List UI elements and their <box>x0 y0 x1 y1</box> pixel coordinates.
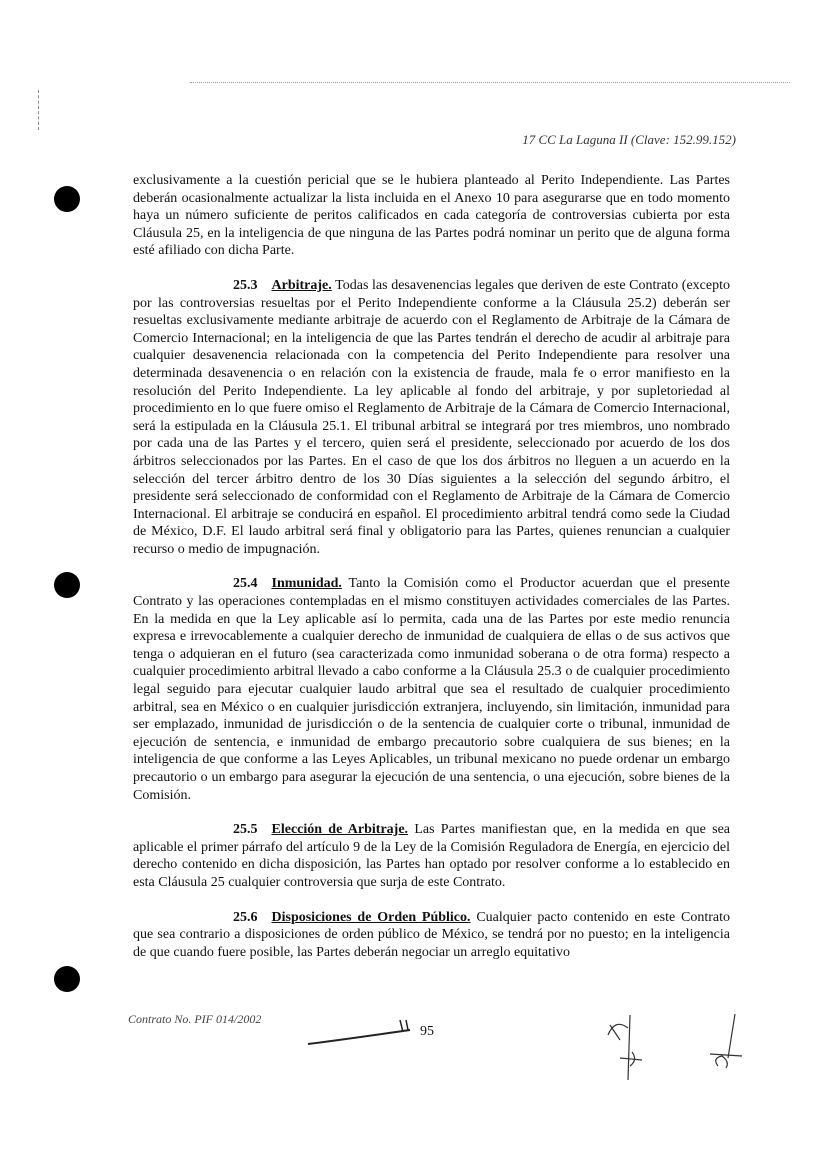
clause-25-4: 25.4Inmunidad. Tanto la Comisión como el… <box>133 575 730 804</box>
clause-heading: Disposiciones de Orden Público. <box>272 910 471 925</box>
margin-marks <box>38 90 47 130</box>
signature-initial-icon <box>600 1010 660 1085</box>
clause-25-3: 25.3Arbitraje. Todas las desavenencias l… <box>133 277 730 559</box>
punch-hole-icon <box>54 186 80 212</box>
paragraph-continuation: exclusivamente a la cuestión pericial qu… <box>133 172 730 260</box>
clause-heading: Inmunidad. <box>272 576 342 591</box>
clause-heading: Elección de Arbitraje. <box>272 822 409 837</box>
running-header: 17 CC La Laguna II (Clave: 152.99.152) <box>522 132 736 148</box>
clause-25-5: 25.5Elección de Arbitraje. Las Partes ma… <box>133 821 730 891</box>
clause-number: 25.6 <box>233 910 258 925</box>
contract-reference: Contrato No. PIF 014/2002 <box>128 1012 261 1027</box>
clause-text: Las Partes manifiestan que, en la medida… <box>133 822 730 890</box>
punch-hole-icon <box>54 572 80 598</box>
document-body: exclusivamente a la cuestión pericial qu… <box>133 172 730 961</box>
clause-number: 25.4 <box>233 576 258 591</box>
clause-number: 25.5 <box>233 822 258 837</box>
signature-initial-icon <box>700 1010 750 1070</box>
clause-25-6: 25.6Disposiciones de Orden Público. Cual… <box>133 909 730 962</box>
signature-initial-icon <box>300 1010 420 1050</box>
clause-text: Todas las desavenencias legales que deri… <box>133 278 730 557</box>
clause-number: 25.3 <box>233 278 258 293</box>
page-number: 95 <box>420 1024 434 1040</box>
clause-heading: Arbitraje. <box>272 278 332 293</box>
clause-text: Tanto la Comisión como el Productor acue… <box>133 576 730 802</box>
punch-hole-icon <box>54 966 80 992</box>
scan-artifact-line <box>190 82 790 85</box>
